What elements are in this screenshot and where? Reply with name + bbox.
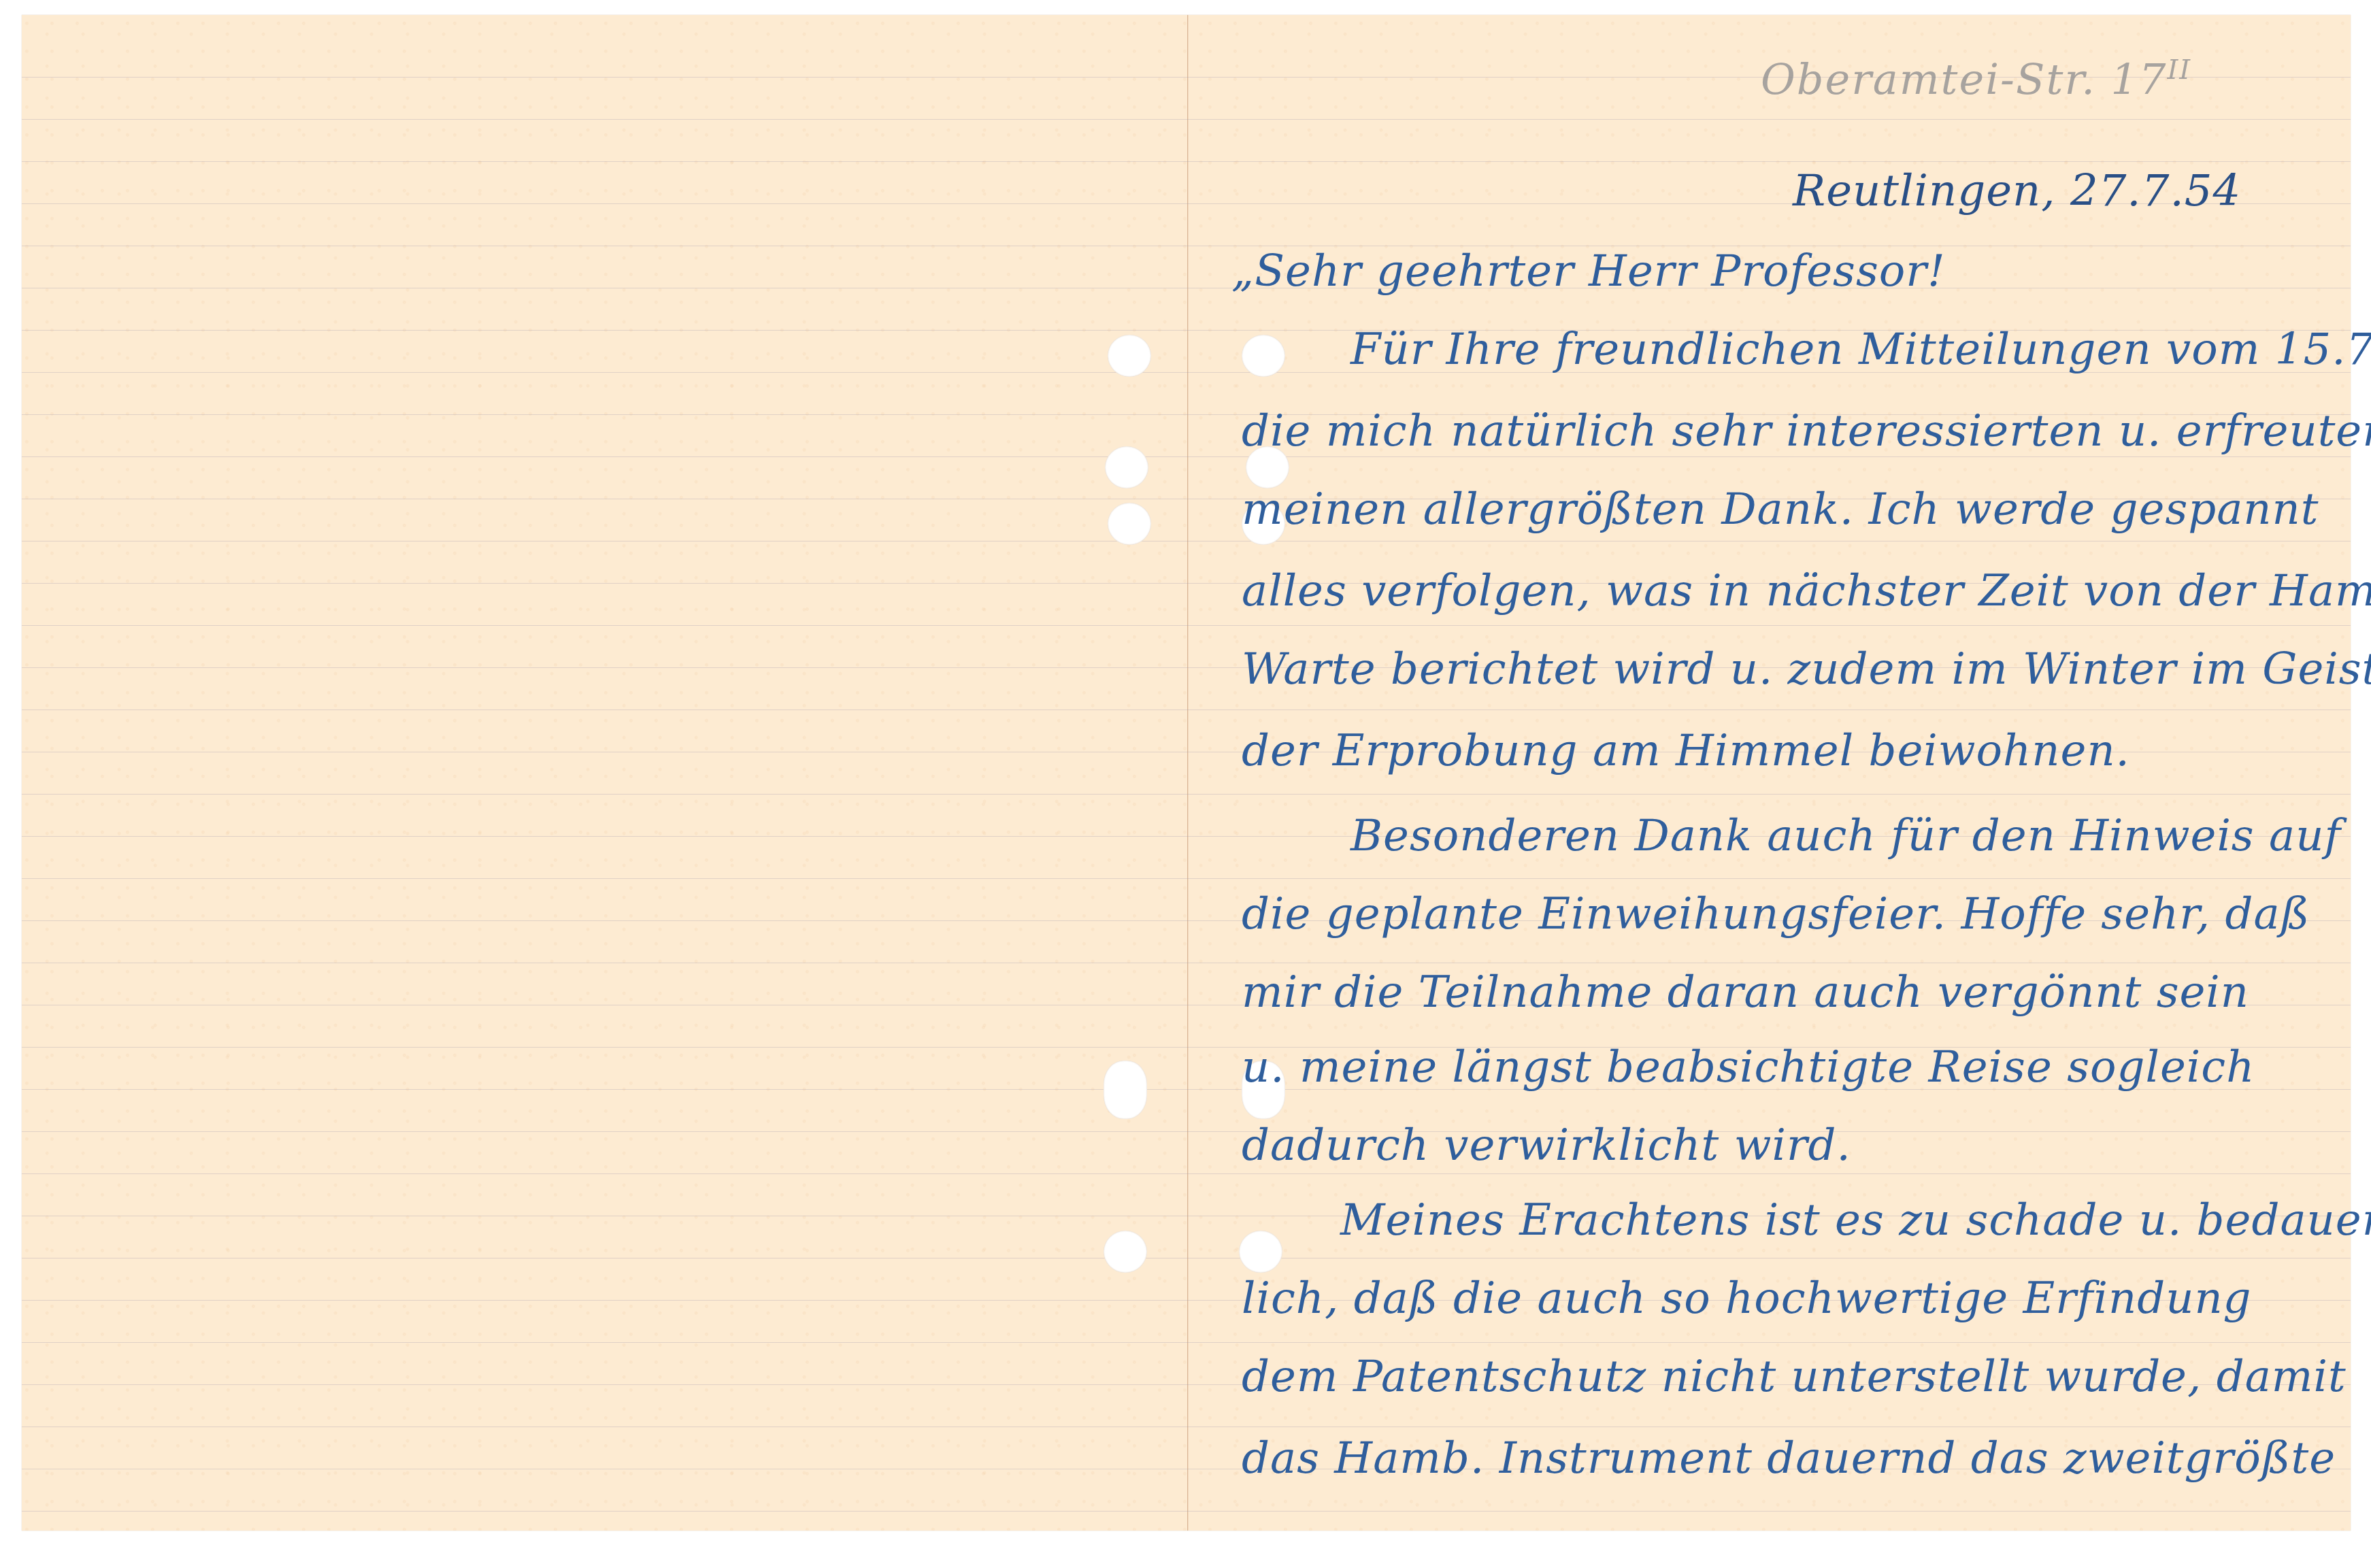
letter-line: Warte berichtet wird u. zudem im Winter … (1242, 644, 2371, 695)
binder-hole (1104, 1231, 1147, 1273)
letter-line: u. meine längst beabsichtigte Reise sogl… (1242, 1042, 2255, 1092)
binder-hole (1108, 503, 1151, 545)
letter-line: die geplante Einweihungsfeier. Hoffe seh… (1242, 889, 2310, 939)
letter-line: mir die Teilnahme daran auch vergönnt se… (1242, 967, 2249, 1018)
letter-line: meinen allergrößten Dank. Ich werde gesp… (1242, 484, 2319, 535)
right-page-letter: Oberamtei-Str. 17II Reutlingen, 27.7.54 … (1187, 15, 2351, 1531)
salutation: „Sehr geehrter Herr Professor! (1231, 246, 1946, 297)
letter-sheet: Oberamtei-Str. 17II Reutlingen, 27.7.54 … (22, 15, 2351, 1531)
binder-hole (1105, 446, 1148, 488)
letter-line: Meines Erachtens ist es zu schade u. bed… (1340, 1195, 2371, 1246)
letter-line: der Erprobung am Himmel beiwohnen. (1242, 726, 2130, 776)
ruled-lines (22, 15, 1187, 1531)
letter-line: alles verfolgen, was in nächster Zeit vo… (1242, 566, 2371, 616)
letter-line: dadurch verwirklicht wird. (1242, 1120, 1851, 1171)
pencil-address: Oberamtei-Str. 17II (1761, 54, 2191, 104)
place-date: Reutlingen, 27.7.54 (1793, 166, 2241, 216)
letter-line: Besonderen Dank auch für den Hinweis auf (1350, 811, 2341, 861)
letter-line: Für Ihre freundlichen Mitteilungen vom 1… (1350, 324, 2371, 375)
letter-line: das Hamb. Instrument dauernd das zweitgr… (1242, 1433, 2336, 1484)
binder-hole (1242, 335, 1285, 377)
left-page-blank (22, 15, 1187, 1531)
letter-line: die mich natürlich sehr interessierten u… (1242, 406, 2371, 456)
binder-hole (1104, 1061, 1147, 1119)
letter-line: dem Patentschutz nicht unterstellt wurde… (1242, 1352, 2347, 1402)
binder-hole (1108, 335, 1151, 377)
binder-hole (1239, 1231, 1282, 1273)
letter-line: lich, daß die auch so hochwertige Erfind… (1242, 1273, 2252, 1324)
